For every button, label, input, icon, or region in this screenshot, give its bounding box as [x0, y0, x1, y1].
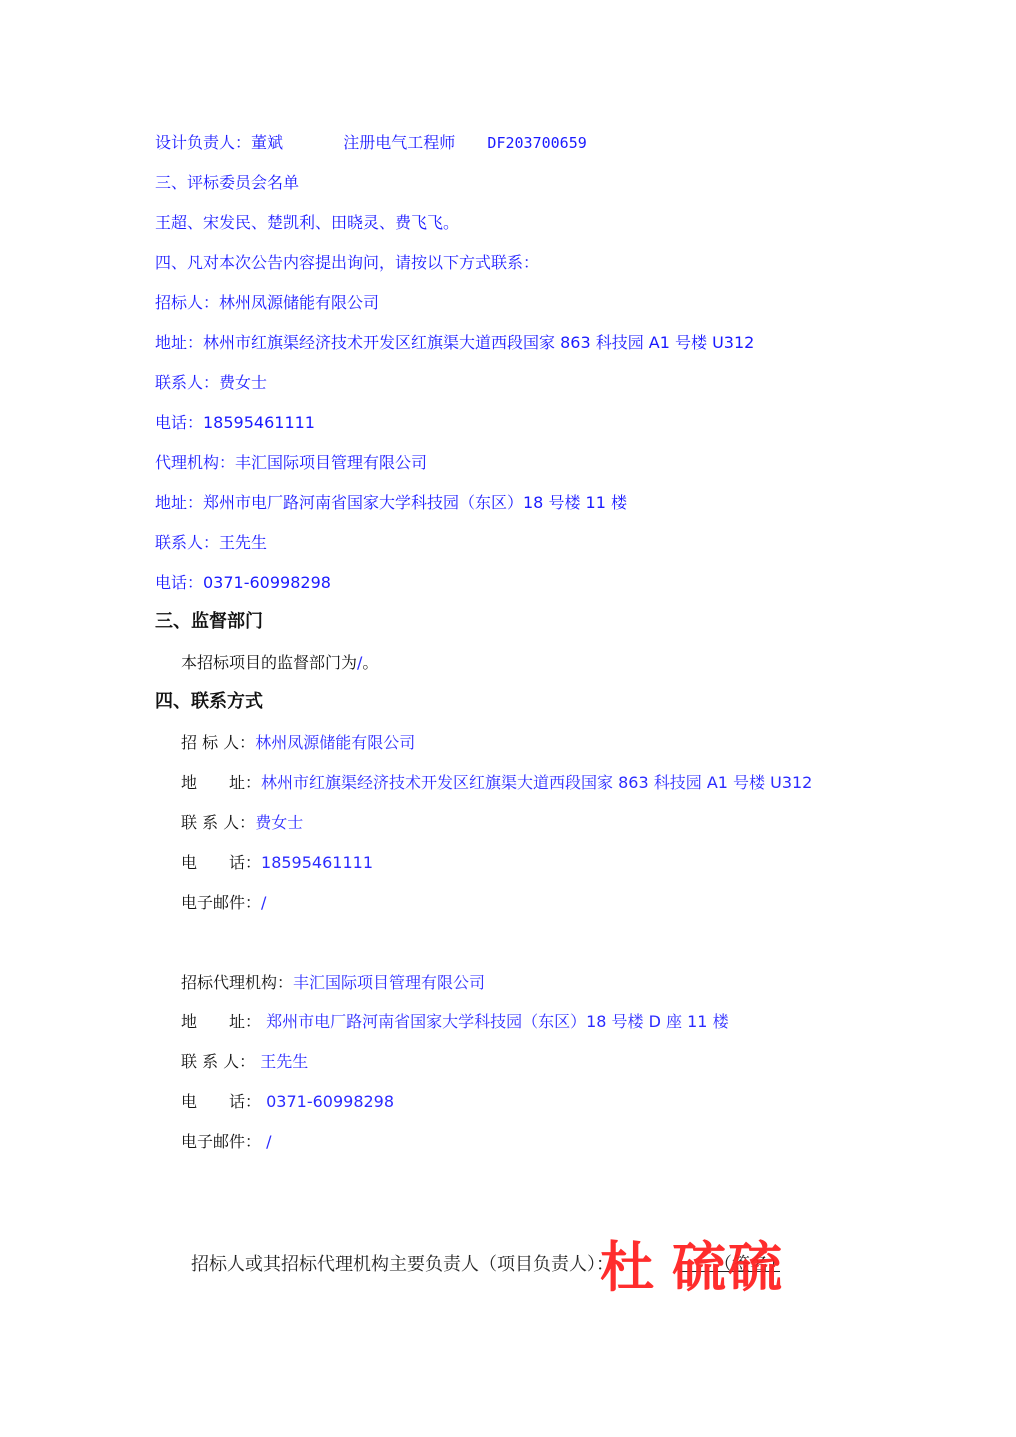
- supervision-heading: 三、监督部门: [155, 611, 263, 633]
- tenderer-row: 地 址：林州市红旗渠经济技术开发区红旗渠大道西段国家 863 科技园 A1 号楼…: [181, 772, 812, 794]
- designer-cert: DF203700659: [487, 134, 586, 152]
- contact-line: 地址：林州市红旗渠经济技术开发区红旗渠大道西段国家 863 科技园 A1 号楼 …: [155, 332, 754, 354]
- tenderer-row: 电子邮件：/: [181, 892, 266, 914]
- agency-row: 地 址： 郑州市电厂路河南省国家大学科技园（东区）18 号楼 D 座 11 楼: [181, 1011, 729, 1033]
- contact-line: 电话：0371-60998298: [155, 572, 331, 594]
- designer-label: 设计负责人：: [155, 133, 251, 152]
- designer-title: 注册电气工程师: [343, 133, 455, 152]
- contact-line: 代理机构：丰汇国际项目管理有限公司: [155, 452, 427, 474]
- inquiry-heading: 四、凡对本次公告内容提出询问，请按以下方式联系：: [155, 252, 539, 274]
- contact-line: 电话：18595461111: [155, 412, 315, 434]
- tenderer-row: 电 话：18595461111: [181, 852, 373, 874]
- agency-row: 联 系 人： 王先生: [181, 1051, 308, 1073]
- contact-line: 联系人：王先生: [155, 532, 267, 554]
- contact-line: 联系人：费女士: [155, 372, 267, 394]
- designer-line: 设计负责人：董斌 注册电气工程师 DF203700659: [155, 132, 587, 154]
- supervision-text: 本招标项目的监督部门为/。: [181, 652, 378, 674]
- committee-members: 王超、宋发民、楚凯利、田晓灵、费飞飞。: [155, 212, 459, 234]
- agency-row: 电子邮件： /: [181, 1131, 272, 1153]
- contact-line: 地址：郑州市电厂路河南省国家大学科技园（东区）18 号楼 11 楼: [155, 492, 627, 514]
- signature-stamp-char: 硫: [672, 1240, 726, 1294]
- contact-heading: 四、联系方式: [155, 691, 263, 713]
- signature-stamp-char: 杜: [600, 1240, 654, 1294]
- agency-row: 招标代理机构：丰汇国际项目管理有限公司: [181, 972, 485, 994]
- tenderer-row: 联 系 人：费女士: [181, 812, 303, 834]
- agency-row: 电 话： 0371-60998298: [181, 1091, 394, 1113]
- designer-name: 董斌: [251, 133, 283, 152]
- contact-line: 招标人：林州凤源储能有限公司: [155, 292, 379, 314]
- signature-text: 招标人或其招标代理机构主要负责人（项目负责人）：: [191, 1254, 614, 1275]
- committee-heading: 三、评标委员会名单: [155, 172, 299, 194]
- tenderer-row: 招 标 人：林州凤源储能有限公司: [181, 732, 415, 754]
- signature-stamp-char: 硫: [728, 1240, 782, 1294]
